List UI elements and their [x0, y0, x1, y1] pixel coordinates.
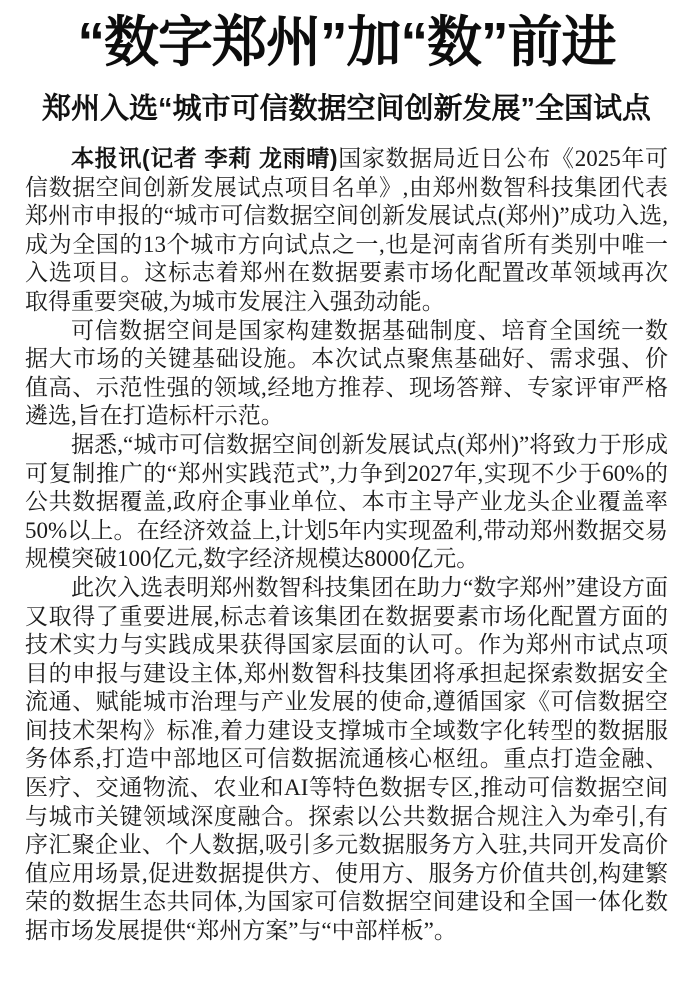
dateline-label: 本报讯	[71, 145, 142, 171]
newspaper-article-page: “数字郑州”加“数”前进 郑州入选“城市可信数据空间创新发展”全国试点 本报讯(…	[0, 0, 690, 1001]
byline-reporters: (记者 李莉 龙雨晴)	[142, 145, 338, 171]
paragraph-4: 此次入选表明郑州数智科技集团在助力“数字郑州”建设方面又取得了重要进展,标志着该…	[25, 574, 668, 946]
article-headline: “数字郑州”加“数”前进	[25, 8, 668, 76]
article-body: 本报讯(记者 李莉 龙雨晴)国家数据局近日公布《2025年可信数据空间创新发展试…	[25, 144, 668, 946]
paragraph-2: 可信数据空间是国家构建数据基础制度、培育全国统一数据大市场的关键基础设施。本次试…	[25, 317, 668, 431]
article-subheadline: 郑州入选“城市可信数据空间创新发展”全国试点	[25, 90, 668, 128]
paragraph-1-text: 国家数据局近日公布《2025年可信数据空间创新发展试点项目名单》,由郑州数智科技…	[25, 146, 668, 314]
paragraph-3: 据悉,“城市可信数据空间创新发展试点(郑州)”将致力于形成可复制推广的“郑州实践…	[25, 431, 668, 574]
paragraph-1: 本报讯(记者 李莉 龙雨晴)国家数据局近日公布《2025年可信数据空间创新发展试…	[25, 144, 668, 317]
